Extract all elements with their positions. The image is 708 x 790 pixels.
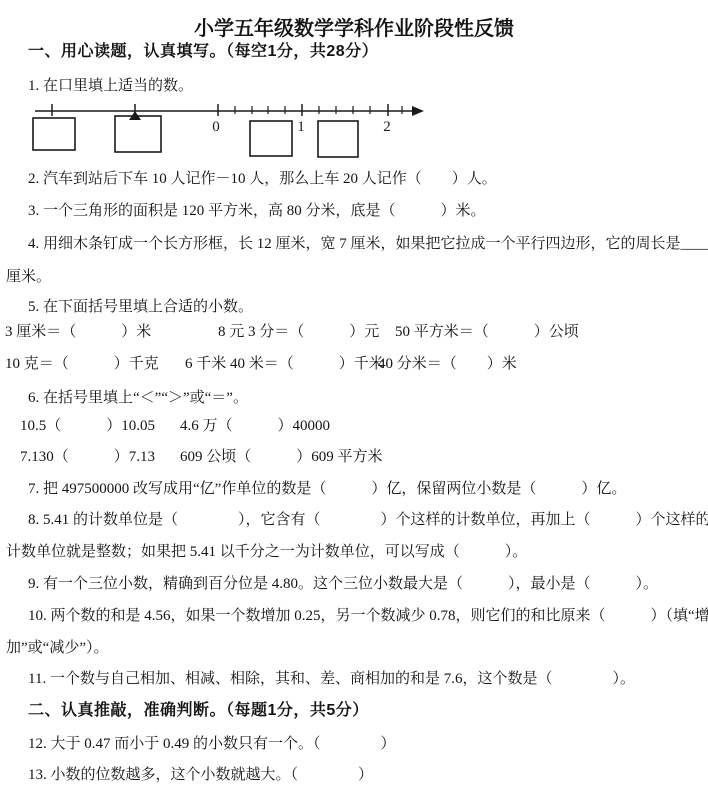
- page-title: 小学五年级数学学科作业阶段性反馈: [0, 17, 708, 42]
- question-6: 6. 在括号里填上“＜”“＞”或“＝”。: [28, 389, 248, 408]
- tick-label-2: 2: [383, 119, 391, 135]
- question-5: 5. 在下面括号里填上合适的小数。: [28, 298, 253, 317]
- section-1-heading: 一、用心读题，认真填写。（每空1分，共28分）: [28, 42, 378, 62]
- q5-item-sqm-to-ha: 50 平方米＝（ ）公顷: [395, 323, 579, 342]
- answer-box-3: [250, 121, 292, 156]
- q5-item-dm-to-m: 40 分米＝（ ）米: [378, 355, 517, 374]
- q5-item-g-to-kg: 10 克＝（ ）千克: [5, 355, 159, 374]
- q6-compare-item-1: 10.5（ ）10.05: [20, 417, 155, 436]
- question-4: 4. 用细木条钉成一个长方形框，长 12 厘米，宽 7 厘米，如果把它拉成一个平…: [28, 235, 708, 254]
- q6-compare-item-4: 609 公顷（ ）609 平方米: [180, 448, 383, 467]
- answer-box-1: [33, 118, 75, 150]
- q6-compare-item-3: 7.130（ ）7.13: [20, 448, 155, 467]
- q6-compare-item-2: 4.6 万（ ）40000: [180, 417, 330, 436]
- section-2-heading: 二、认真推敲，准确判断。（每题1分，共5分）: [28, 701, 369, 721]
- tick-label-0: 0: [212, 119, 220, 135]
- number-line-figure: 0 1 2: [0, 93, 440, 165]
- question-2: 2. 汽车到站后下车 10 人记作－10 人，那么上车 20 人记作（ ）人。: [28, 170, 497, 189]
- question-7: 7. 把 497500000 改写成用“亿”作单位的数是（ ）亿，保留两位小数是…: [28, 480, 626, 499]
- question-10: 10. 两个数的和是 4.56，如果一个数增加 0.25，另一个数减少 0.78…: [28, 607, 708, 626]
- answer-box-2: [115, 116, 161, 152]
- answer-box-4: [318, 121, 358, 157]
- question-12: 12. 大于 0.47 而小于 0.49 的小数只有一个。（ ）: [28, 735, 396, 754]
- question-10-line-2: 加”或“减少”）。: [6, 639, 108, 658]
- q5-item-cm-to-m: 3 厘米＝（ ）米: [5, 323, 151, 342]
- tick-label-1: 1: [297, 119, 305, 135]
- question-11: 11. 一个数与自己相加、相减、相除，其和、差、商相加的和是 7.6，这个数是（…: [28, 670, 635, 689]
- question-13: 13. 小数的位数越多，这个小数就越大。（ ）: [28, 766, 373, 785]
- q5-item-km-m-to-km: 6 千米 40 米＝（ ）千米: [185, 355, 384, 374]
- question-4-line-2: 厘米。: [6, 268, 51, 287]
- minor-ticks: [235, 106, 402, 114]
- question-3: 3. 一个三角形的面积是 120 平方米，高 80 分米，底是（ ）米。: [28, 202, 486, 221]
- major-ticks: [52, 104, 388, 116]
- q5-item-yuan-fen: 8 元 3 分＝（ ）元: [218, 323, 379, 342]
- question-8-line-2: 计数单位就是整数；如果把 5.41 以千分之一为计数单位，可以写成（ ）。: [6, 543, 527, 562]
- question-8: 8. 5.41 的计数单位是（ ），它含有（ ）个这样的计数单位，再加上（ ）个…: [28, 511, 708, 530]
- question-9: 9. 有一个三位小数，精确到百分位是 4.80。这个三位小数最大是（ ），最小是…: [28, 575, 658, 594]
- worksheet-page: 小学五年级数学学科作业阶段性反馈 一、用心读题，认真填写。（每空1分，共28分）…: [0, 0, 708, 790]
- axis-arrow-icon: [412, 106, 424, 116]
